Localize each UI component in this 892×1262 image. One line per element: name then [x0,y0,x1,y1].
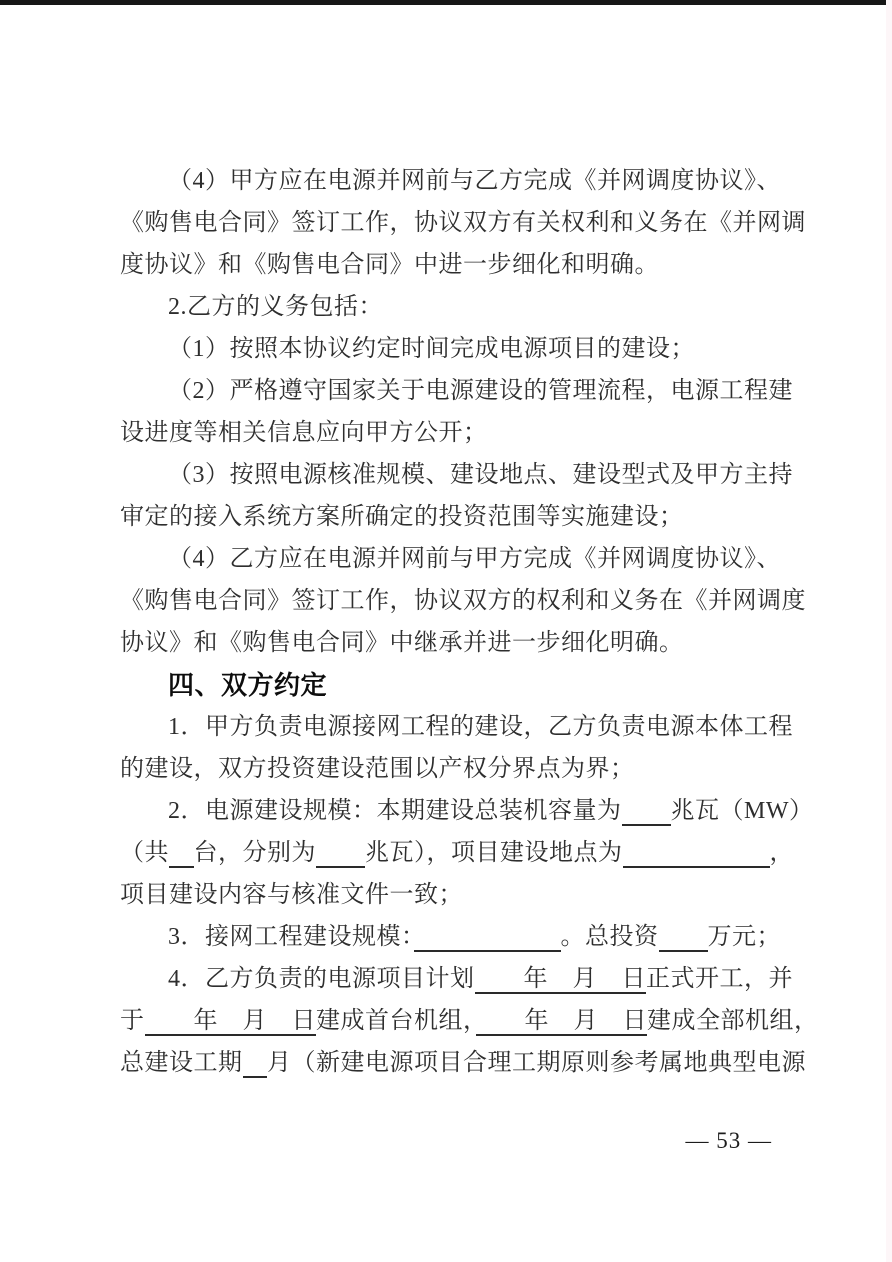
page-right-edge [886,0,892,1262]
text-segment: 兆瓦（MW） [671,798,814,824]
text-segment: 度协议》和《购售电合同》中进一步细化和明确。 [120,252,659,278]
document-line: 2.乙方的义务包括： [120,286,780,328]
blank-underline [316,840,365,868]
document-line: 审定的接入系统方案所确定的投资范围等实施建设； [120,496,780,538]
blank-underline: 年 月 日 [476,1008,648,1036]
document-line: 设进度等相关信息应向甲方公开； [120,412,780,454]
blank-underline [622,798,671,826]
text-segment: 四、双方约定 [168,670,327,700]
text-segment: 项目建设内容与核准文件一致； [120,882,463,908]
text-segment: （1）按照本协议约定时间完成电源项目的建设； [168,336,695,362]
section-heading: 四、双方约定 [120,664,780,706]
text-segment: 万元； [708,924,782,950]
document-line: （2）严格遵守国家关于电源建设的管理流程，电源工程建 [120,370,780,412]
text-segment: 于 [120,1008,145,1034]
text-segment: （3）按照电源核准规模、建设地点、建设型式及甲方主持 [168,462,793,488]
document-line: （3）按照电源核准规模、建设地点、建设型式及甲方主持 [120,454,780,496]
document-line: 《购售电合同》签订工作，协议双方的权利和义务在《并网调度 [120,580,780,622]
text-segment: 审定的接入系统方案所确定的投资范围等实施建设； [120,504,684,530]
blank-underline [169,840,194,868]
document-line: 于 年 月 日建成首台机组， 年 月 日建成全部机组， [120,1000,780,1042]
document-line: 2．电源建设规模：本期建设总装机容量为 兆瓦（MW） [120,790,780,832]
text-segment: 2.乙方的义务包括： [168,294,383,320]
blank-underline [243,1050,268,1078]
text-segment: （共 [120,840,169,866]
text-segment: 4．乙方负责的电源项目计划 [168,966,475,992]
document-line: 《购售电合同》签订工作，协议双方有关权利和义务在《并网调 [120,202,780,244]
top-border [0,0,892,5]
text-segment: （4）甲方应在电源并网前与乙方完成《并网调度协议》、 [168,168,781,194]
document-line: （共 台，分别为 兆瓦），项目建设地点为 ， [120,832,780,874]
document-line: 度协议》和《购售电合同》中进一步细化和明确。 [120,244,780,286]
text-segment: 1．甲方负责电源接网工程的建设，乙方负责电源本体工程 [168,714,793,740]
document-line: 总建设工期 月（新建电源项目合理工期原则参考属地典型电源 [120,1042,780,1084]
document-line: 项目建设内容与核准文件一致； [120,874,780,916]
text-segment: 3．接网工程建设规模： [168,924,414,950]
text-segment: 兆瓦），项目建设地点为 [365,840,623,866]
text-segment: 《购售电合同》签订工作，协议双方有关权利和义务在《并网调 [120,210,806,236]
text-segment: 总建设工期 [120,1050,243,1076]
text-segment: 协议》和《购售电合同》中继承并进一步细化明确。 [120,630,684,656]
document-line: 协议》和《购售电合同》中继承并进一步细化明确。 [120,622,780,664]
text-segment: 的建设，双方投资建设范围以产权分界点为界； [120,756,635,782]
blank-underline [659,924,708,952]
text-segment: ， [770,840,795,866]
page-number: — 53 — [686,1126,773,1156]
blank-underline: 年 月 日 [145,1008,317,1036]
document-line: 4．乙方负责的电源项目计划 年 月 日正式开工，并 [120,958,780,1000]
text-segment: 台，分别为 [194,840,317,866]
blank-underline: 年 月 日 [475,966,647,994]
document-line: 3．接网工程建设规模： 。总投资 万元； [120,916,780,958]
text-segment: 《购售电合同》签订工作，协议双方的权利和义务在《并网调度 [120,588,806,614]
blank-underline [623,840,770,868]
text-segment: 建成首台机组， [316,1008,476,1034]
document-body: （4）甲方应在电源并网前与乙方完成《并网调度协议》、《购售电合同》签订工作，协议… [120,160,780,1084]
text-segment: 月（新建电源项目合理工期原则参考属地典型电源 [267,1050,806,1076]
document-line: （4）甲方应在电源并网前与乙方完成《并网调度协议》、 [120,160,780,202]
text-segment: 建成全部机组， [647,1008,819,1034]
document-line: （1）按照本协议约定时间完成电源项目的建设； [120,328,780,370]
text-segment: （2）严格遵守国家关于电源建设的管理流程，电源工程建 [168,378,793,404]
text-segment: 设进度等相关信息应向甲方公开； [120,420,488,446]
document-line: 1．甲方负责电源接网工程的建设，乙方负责电源本体工程 [120,706,780,748]
text-segment: 正式开工，并 [646,966,793,992]
text-segment: 2．电源建设规模：本期建设总装机容量为 [168,798,622,824]
text-segment: （4）乙方应在电源并网前与甲方完成《并网调度协议》、 [168,546,781,572]
document-line: 的建设，双方投资建设范围以产权分界点为界； [120,748,780,790]
document-page: （4）甲方应在电源并网前与乙方完成《并网调度协议》、《购售电合同》签订工作，协议… [0,0,892,1262]
blank-underline [414,924,561,952]
text-segment: 。总投资 [561,924,659,950]
document-line: （4）乙方应在电源并网前与甲方完成《并网调度协议》、 [120,538,780,580]
